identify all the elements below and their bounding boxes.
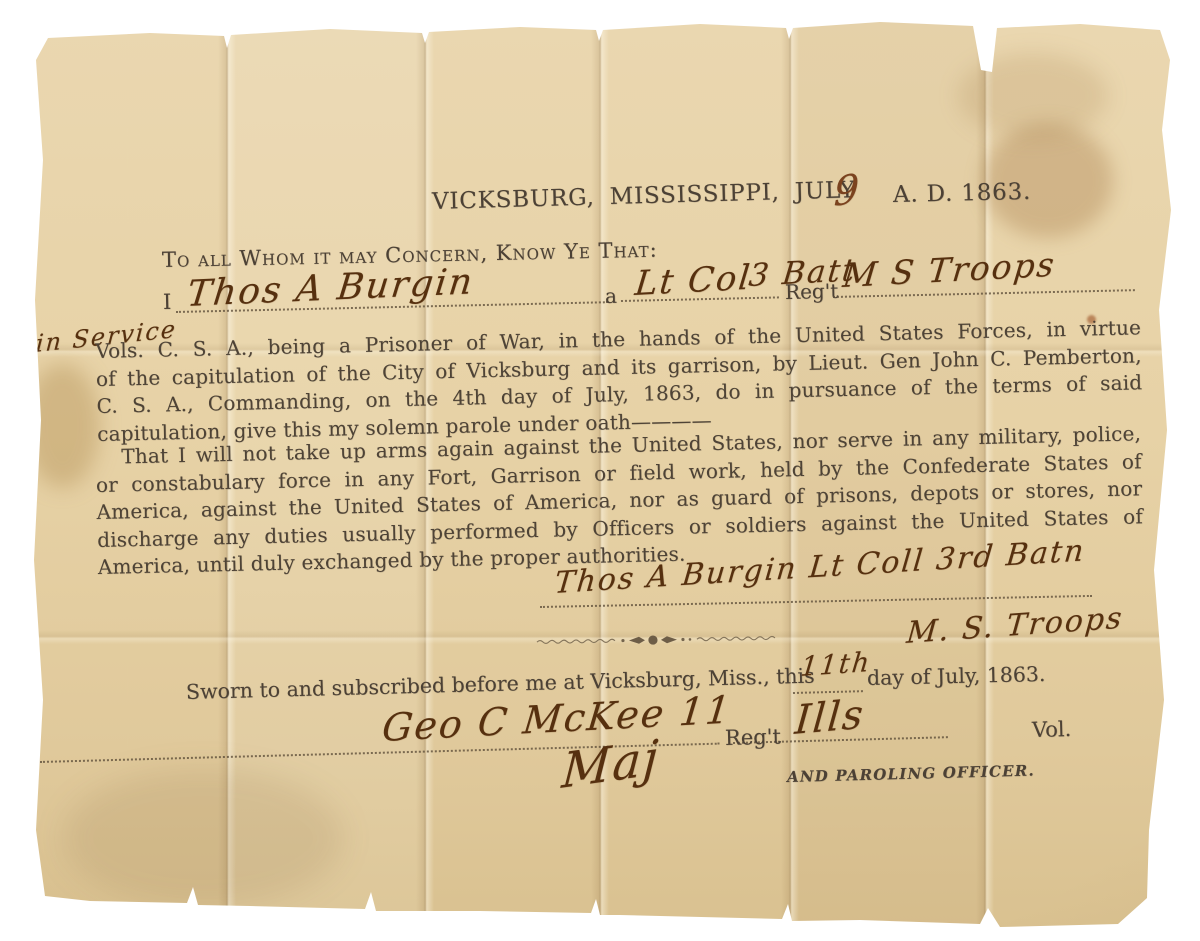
parole-document-paper: VICKSBURG, MISSISSIPPI, JULY 9 A. D. 186… — [33, 18, 1173, 933]
header-year: A. D. 1863. — [893, 179, 1032, 208]
officer-regiment-handwritten: Ills — [793, 691, 867, 744]
fill-line-pre: I — [163, 290, 172, 314]
fill-line-article: a — [605, 284, 617, 308]
scanned-document-page: VICKSBURG, MISSISSIPPI, JULY 9 A. D. 186… — [0, 0, 1200, 941]
rank-handwritten: Lt Col — [633, 258, 753, 304]
officer-vol-label: Vol. — [1032, 717, 1072, 742]
ornament-rule-icon — [535, 630, 777, 654]
header-day-handwritten: 9 — [833, 165, 862, 216]
officer-regt-label: Reg't — [725, 725, 782, 750]
